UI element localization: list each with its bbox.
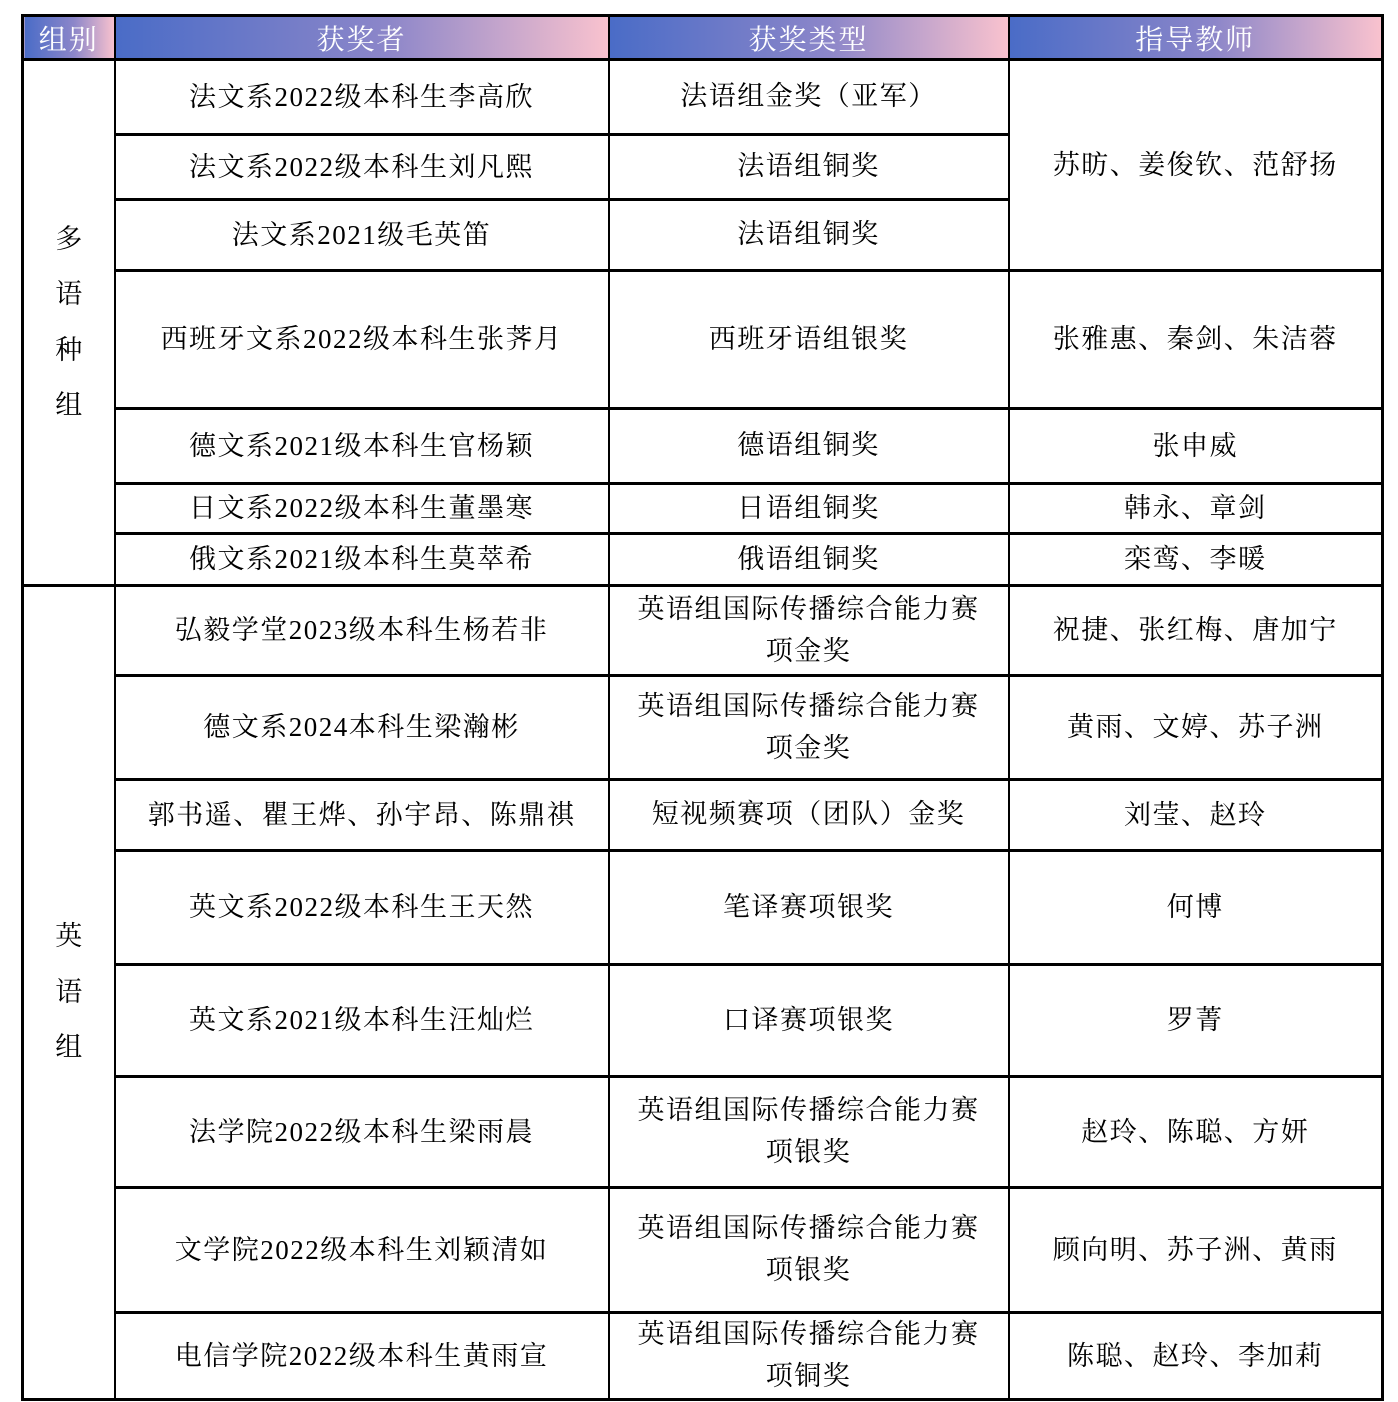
table-row: 德文系2021级本科生官杨颖 德语组铜奖 张申威: [23, 409, 1383, 484]
winner-cell: 电信学院2022级本科生黄雨宣: [115, 1313, 609, 1400]
teacher-cell: 刘莹、赵玲: [1009, 780, 1383, 851]
award-cell: 法语组铜奖: [609, 135, 1009, 200]
table-row: 英文系2021级本科生汪灿烂 口译赛项银奖 罗菁: [23, 965, 1383, 1077]
table-row: 文学院2022级本科生刘颖清如 英语组国际传播综合能力赛项银奖 顾向明、苏子洲、…: [23, 1188, 1383, 1313]
table-row: 日文系2022级本科生董墨寒 日语组铜奖 韩永、章剑: [23, 484, 1383, 534]
header-teacher: 指导教师: [1009, 16, 1383, 60]
awards-table-container: 组别 获奖者 获奖类型 指导教师 多语种组 法文系2022级本科生李高欣 法语组…: [21, 14, 1384, 1401]
teacher-cell: 赵玲、陈聪、方妍: [1009, 1077, 1383, 1188]
award-cell: 短视频赛项（团队）金奖: [609, 780, 1009, 851]
table-row: 英语组 弘毅学堂2023级本科生杨若非 英语组国际传播综合能力赛项金奖 祝捷、张…: [23, 586, 1383, 676]
teacher-cell: 顾向明、苏子洲、黄雨: [1009, 1188, 1383, 1313]
award-cell: 西班牙语组银奖: [609, 271, 1009, 409]
teacher-cell: 栾鸾、李暖: [1009, 534, 1383, 586]
award-cell: 英语组国际传播综合能力赛项银奖: [609, 1188, 1009, 1313]
award-cell: 俄语组铜奖: [609, 534, 1009, 586]
award-cell: 英语组国际传播综合能力赛项金奖: [609, 586, 1009, 676]
winner-cell: 德文系2021级本科生官杨颖: [115, 409, 609, 484]
teacher-cell: 陈聪、赵玲、李加莉: [1009, 1313, 1383, 1400]
winner-cell: 文学院2022级本科生刘颖清如: [115, 1188, 609, 1313]
award-cell: 法语组金奖（亚军）: [609, 60, 1009, 135]
awards-table: 组别 获奖者 获奖类型 指导教师 多语种组 法文系2022级本科生李高欣 法语组…: [21, 14, 1384, 1401]
teacher-cell: 张雅惠、秦剑、朱洁蓉: [1009, 271, 1383, 409]
table-row: 德文系2024本科生梁瀚彬 英语组国际传播综合能力赛项金奖 黄雨、文婷、苏子洲: [23, 676, 1383, 780]
teacher-cell: 祝捷、张红梅、唐加宁: [1009, 586, 1383, 676]
winner-cell: 德文系2024本科生梁瀚彬: [115, 676, 609, 780]
award-cell: 英语组国际传播综合能力赛项银奖: [609, 1077, 1009, 1188]
teacher-cell: 黄雨、文婷、苏子洲: [1009, 676, 1383, 780]
winner-cell: 英文系2022级本科生王天然: [115, 851, 609, 965]
header-award-type: 获奖类型: [609, 16, 1009, 60]
group-label-text: 多语种组: [53, 212, 84, 433]
winner-cell: 西班牙文系2022级本科生张荠月: [115, 271, 609, 409]
award-cell: 英语组国际传播综合能力赛项金奖: [609, 676, 1009, 780]
award-cell: 口译赛项银奖: [609, 965, 1009, 1077]
award-cell: 日语组铜奖: [609, 484, 1009, 534]
header-winner: 获奖者: [115, 16, 609, 60]
award-cell: 笔译赛项银奖: [609, 851, 1009, 965]
winner-cell: 俄文系2021级本科生莫萃希: [115, 534, 609, 586]
teacher-cell: 罗菁: [1009, 965, 1383, 1077]
group-label-multilingual: 多语种组: [23, 60, 115, 586]
table-row: 俄文系2021级本科生莫萃希 俄语组铜奖 栾鸾、李暖: [23, 534, 1383, 586]
group-label-english: 英语组: [23, 586, 115, 1400]
teacher-cell: 何博: [1009, 851, 1383, 965]
table-row: 多语种组 法文系2022级本科生李高欣 法语组金奖（亚军） 苏昉、姜俊钦、范舒扬: [23, 60, 1383, 135]
winner-cell: 英文系2021级本科生汪灿烂: [115, 965, 609, 1077]
winner-cell: 法文系2022级本科生刘凡熙: [115, 135, 609, 200]
award-cell: 法语组铜奖: [609, 200, 1009, 271]
teacher-cell: 韩永、章剑: [1009, 484, 1383, 534]
header-group: 组别: [23, 16, 115, 60]
winner-cell: 日文系2022级本科生董墨寒: [115, 484, 609, 534]
group-label-text: 英语组: [53, 909, 84, 1075]
winner-cell: 郭书遥、瞿王烨、孙宇昂、陈鼎祺: [115, 780, 609, 851]
teacher-cell: 苏昉、姜俊钦、范舒扬: [1009, 60, 1383, 271]
header-row: 组别 获奖者 获奖类型 指导教师: [23, 16, 1383, 60]
teacher-cell: 张申威: [1009, 409, 1383, 484]
winner-cell: 法学院2022级本科生梁雨晨: [115, 1077, 609, 1188]
award-cell: 英语组国际传播综合能力赛项铜奖: [609, 1313, 1009, 1400]
table-row: 法学院2022级本科生梁雨晨 英语组国际传播综合能力赛项银奖 赵玲、陈聪、方妍: [23, 1077, 1383, 1188]
table-row: 郭书遥、瞿王烨、孙宇昂、陈鼎祺 短视频赛项（团队）金奖 刘莹、赵玲: [23, 780, 1383, 851]
table-row: 英文系2022级本科生王天然 笔译赛项银奖 何博: [23, 851, 1383, 965]
award-cell: 德语组铜奖: [609, 409, 1009, 484]
table-row: 西班牙文系2022级本科生张荠月 西班牙语组银奖 张雅惠、秦剑、朱洁蓉: [23, 271, 1383, 409]
table-row: 电信学院2022级本科生黄雨宣 英语组国际传播综合能力赛项铜奖 陈聪、赵玲、李加…: [23, 1313, 1383, 1400]
winner-cell: 弘毅学堂2023级本科生杨若非: [115, 586, 609, 676]
winner-cell: 法文系2022级本科生李高欣: [115, 60, 609, 135]
winner-cell: 法文系2021级毛英笛: [115, 200, 609, 271]
